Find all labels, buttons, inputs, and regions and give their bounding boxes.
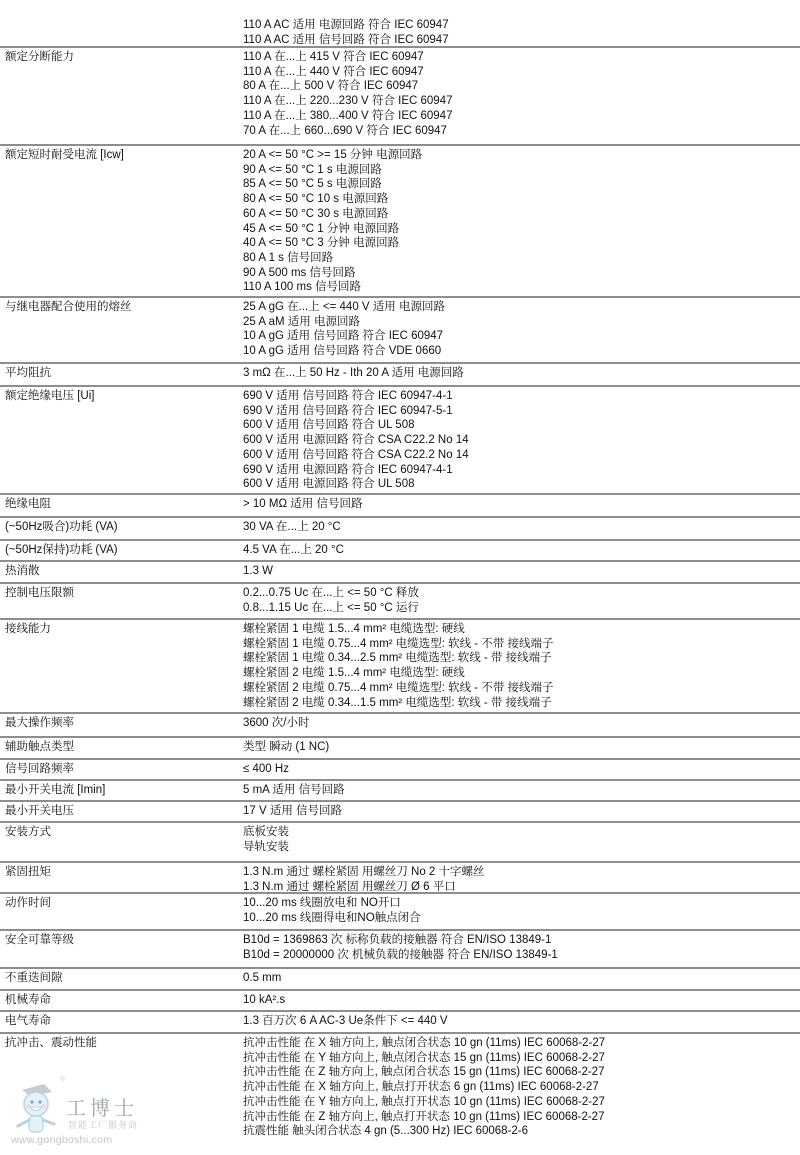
row-divider [0, 144, 800, 146]
spec-values: B10d = 1369863 次 标称负载的接触器 符合 EN/ISO 1384… [243, 933, 558, 962]
spec-value-line: 110 A 100 ms 信号回路 [243, 280, 422, 295]
spec-value-line: 10 kA².s [243, 993, 285, 1008]
spec-label: (~50Hz吸合)功耗 (VA) [5, 520, 118, 535]
spec-values: 10...20 ms 线圈放电和 NO开口10...20 ms 线圈得电和NO触… [243, 896, 421, 925]
watermark-logo: ® 工博士 智能工厂服务商 www.gongboshi.com [8, 1072, 148, 1152]
spec-value-line: 0.5 mm [243, 971, 281, 986]
spec-value-line: 类型 瞬动 (1 NC) [243, 740, 329, 755]
row-divider [0, 385, 800, 387]
spec-value-line: 25 A gG 在...上 <= 440 V 适用 电源回路 [243, 300, 445, 315]
spec-label: 热消散 [5, 564, 40, 579]
spec-label: 最小开关电压 [5, 804, 74, 819]
spec-value-line: 1.3 百万次 6 A AC-3 Ue条件下 <= 440 V [243, 1014, 448, 1029]
spec-label: 最小开关电流 [Imin] [5, 783, 105, 798]
row-divider [0, 821, 800, 823]
spec-value-line: 螺栓紧固 2 电缆 0.75...4 mm² 电缆选型: 软线 - 不带 接线端… [243, 681, 554, 696]
row-divider [0, 539, 800, 541]
spec-value-line: 600 V 适用 电源回路 符合 UL 508 [243, 477, 469, 492]
spec-values: > 10 MΩ 适用 信号回路 [243, 497, 362, 512]
spec-value-line: 1.3 N.m 通过 螺栓紧固 用螺丝刀 No 2 十字螺丝 [243, 865, 485, 880]
row-divider [0, 1032, 800, 1034]
spec-label: 与继电器配合使用的熔丝 [5, 300, 132, 315]
spec-value-line: B10d = 20000000 次 机械负载的接触器 符合 EN/ISO 138… [243, 948, 558, 963]
row-divider [0, 800, 800, 802]
spec-values: 30 VA 在...上 20 °C [243, 520, 341, 535]
row-divider [0, 712, 800, 714]
spec-value-line: 抗冲击性能 在 Y 轴方向上, 触点闭合状态 15 gn (11ms) IEC … [243, 1051, 605, 1066]
spec-value-line: 10 A gG 适用 信号回路 符合 VDE 0660 [243, 344, 445, 359]
spec-values: 4.5 VA 在...上 20 °C [243, 543, 344, 558]
spec-value-line: 80 A 在...上 500 V 符合 IEC 60947 [243, 79, 452, 94]
row-divider [0, 779, 800, 781]
spec-values: 1.3 N.m 通过 螺栓紧固 用螺丝刀 No 2 十字螺丝1.3 N.m 通过… [243, 865, 485, 894]
spec-value-line: 0.8...1.15 Uc 在...上 <= 50 °C 运行 [243, 601, 419, 616]
spec-values: 3 mΩ 在...上 50 Hz - Ith 20 A 适用 电源回路 [243, 366, 464, 381]
row-divider [0, 989, 800, 991]
spec-value-line: 10 A gG 适用 信号回路 符合 IEC 60947 [243, 329, 445, 344]
spec-value-line: 17 V 适用 信号回路 [243, 804, 342, 819]
spec-label: 辅助触点类型 [5, 740, 74, 755]
watermark-brand: 工博士 [66, 1092, 138, 1121]
spec-values: 1.3 百万次 6 A AC-3 Ue条件下 <= 440 V [243, 1014, 448, 1029]
spec-value-line: 600 V 适用 信号回路 符合 UL 508 [243, 418, 469, 433]
spec-label: 最大操作频率 [5, 716, 74, 731]
spec-value-line: 抗震性能 触头闭合状态 4 gn (5...300 Hz) IEC 60068-… [243, 1124, 605, 1139]
spec-values: 螺栓紧固 1 电缆 1.5...4 mm² 电缆选型: 硬线螺栓紧固 1 电缆 … [243, 622, 554, 710]
row-divider [0, 582, 800, 584]
spec-value-line: 85 A <= 50 °C 5 s 电源回路 [243, 177, 422, 192]
spec-label: 紧固扭矩 [5, 865, 51, 880]
spec-value-line: 抗冲击性能 在 X 轴方向上, 触点打开状态 6 gn (11ms) IEC 6… [243, 1080, 605, 1095]
spec-values: 1.3 W [243, 564, 273, 579]
row-divider [0, 362, 800, 364]
spec-value-line: 690 V 适用 信号回路 符合 IEC 60947-4-1 [243, 389, 469, 404]
spec-label: 抗冲击、震动性能 [5, 1036, 97, 1051]
spec-values: 0.2...0.75 Uc 在...上 <= 50 °C 释放0.8...1.1… [243, 586, 419, 615]
row-divider [0, 1010, 800, 1012]
spec-value-line: 导轨安装 [243, 840, 289, 855]
spec-label: 平均阻抗 [5, 366, 51, 381]
row-divider [0, 516, 800, 518]
row-divider [0, 967, 800, 969]
spec-value-line: > 10 MΩ 适用 信号回路 [243, 497, 362, 512]
spec-label: 额定短时耐受电流 [Icw] [5, 148, 124, 163]
spec-label: 绝缘电阻 [5, 497, 51, 512]
spec-values: 5 mA 适用 信号回路 [243, 783, 345, 798]
row-divider [0, 493, 800, 495]
row-divider [0, 296, 800, 298]
row-divider [0, 618, 800, 620]
spec-value-line: 1.3 W [243, 564, 273, 579]
spec-label: 信号回路频率 [5, 762, 74, 777]
spec-values: 类型 瞬动 (1 NC) [243, 740, 329, 755]
spec-values: 抗冲击性能 在 X 轴方向上, 触点闭合状态 10 gn (11ms) IEC … [243, 1036, 605, 1139]
spec-value-line: 110 A 在...上 415 V 符合 IEC 60947 [243, 50, 452, 65]
spec-values: 20 A <= 50 °C >= 15 分钟 电源回路90 A <= 50 °C… [243, 148, 422, 295]
spec-value-line: 45 A <= 50 °C 1 分钟 电源回路 [243, 222, 422, 237]
spec-value-line: 70 A 在...上 660...690 V 符合 IEC 60947 [243, 124, 452, 139]
row-divider [0, 892, 800, 894]
spec-value-line: ≤ 400 Hz [243, 762, 289, 777]
spec-value-line: 110 A 在...上 380...400 V 符合 IEC 60947 [243, 109, 452, 124]
spec-value-line: 螺栓紧固 2 电缆 1.5...4 mm² 电缆选型: 硬线 [243, 666, 554, 681]
spec-label: 安装方式 [5, 825, 51, 840]
watermark-subtitle: 智能工厂服务商 [68, 1118, 138, 1131]
row-divider [0, 46, 800, 48]
spec-value-line: 600 V 适用 信号回路 符合 CSA C22.2 No 14 [243, 448, 469, 463]
spec-value-line: 螺栓紧固 1 电缆 1.5...4 mm² 电缆选型: 硬线 [243, 622, 554, 637]
row-divider [0, 758, 800, 760]
spec-values: 110 A 在...上 415 V 符合 IEC 60947110 A 在...… [243, 50, 452, 138]
spec-value-line: 600 V 适用 电源回路 符合 CSA C22.2 No 14 [243, 433, 469, 448]
spec-value-line: 3600 次/小时 [243, 716, 309, 731]
row-divider [0, 929, 800, 931]
row-divider [0, 861, 800, 863]
spec-value-line: 80 A <= 50 °C 10 s 电源回路 [243, 192, 422, 207]
spec-value-line: 抗冲击性能 在 Z 轴方向上, 触点打开状态 10 gn (11ms) IEC … [243, 1110, 605, 1125]
spec-values: 3600 次/小时 [243, 716, 309, 731]
spec-values: 17 V 适用 信号回路 [243, 804, 342, 819]
spec-value-line: 20 A <= 50 °C >= 15 分钟 电源回路 [243, 148, 422, 163]
spec-values: 0.5 mm [243, 971, 281, 986]
spec-label: 安全可靠等级 [5, 933, 74, 948]
spec-value-line: 抗冲击性能 在 Z 轴方向上, 触点闭合状态 15 gn (11ms) IEC … [243, 1065, 605, 1080]
spec-value-line: 0.2...0.75 Uc 在...上 <= 50 °C 释放 [243, 586, 419, 601]
spec-value-line: 5 mA 适用 信号回路 [243, 783, 345, 798]
spec-value-line: 80 A 1 s 信号回路 [243, 251, 422, 266]
spec-label: 控制电压限额 [5, 586, 74, 601]
spec-label: 接线能力 [5, 622, 51, 637]
watermark-url: www.gongboshi.com [11, 1134, 112, 1146]
spec-value-line: 690 V 适用 信号回路 符合 IEC 60947-5-1 [243, 404, 469, 419]
spec-label: 机械寿命 [5, 993, 51, 1008]
spec-value-line: 40 A <= 50 °C 3 分钟 电源回路 [243, 236, 422, 251]
spec-label: 额定分断能力 [5, 50, 74, 65]
spec-value-line: 10...20 ms 线圈得电和NO触点闭合 [243, 911, 421, 926]
spec-value-line: 30 VA 在...上 20 °C [243, 520, 341, 535]
spec-value-line: 25 A aM 适用 电源回路 [243, 315, 445, 330]
spec-value-line: 60 A <= 50 °C 30 s 电源回路 [243, 207, 422, 222]
spec-label: 电气寿命 [5, 1014, 51, 1029]
row-divider [0, 560, 800, 562]
spec-value-line: 110 A 在...上 440 V 符合 IEC 60947 [243, 65, 452, 80]
spec-values: 110 A AC 适用 电源回路 符合 IEC 60947110 A AC 适用… [243, 18, 449, 47]
spec-value-line: 螺栓紧固 1 电缆 0.34...2.5 mm² 电缆选型: 软线 - 带 接线… [243, 651, 554, 666]
spec-value-line: 3 mΩ 在...上 50 Hz - Ith 20 A 适用 电源回路 [243, 366, 464, 381]
spec-value-line: 螺栓紧固 2 电缆 0.34...1.5 mm² 电缆选型: 软线 - 带 接线… [243, 696, 554, 711]
spec-value-line: 螺栓紧固 1 电缆 0.75...4 mm² 电缆选型: 软线 - 不带 接线端… [243, 637, 554, 652]
spec-values: 底板安装导轨安装 [243, 825, 289, 854]
spec-value-line: 90 A 500 ms 信号回路 [243, 266, 422, 281]
spec-values: ≤ 400 Hz [243, 762, 289, 777]
spec-value-line: 抗冲击性能 在 X 轴方向上, 触点闭合状态 10 gn (11ms) IEC … [243, 1036, 605, 1051]
row-divider [0, 736, 800, 738]
spec-value-line: 抗冲击性能 在 Y 轴方向上, 触点打开状态 10 gn (11ms) IEC … [243, 1095, 605, 1110]
spec-table: 110 A AC 适用 电源回路 符合 IEC 60947110 A AC 适用… [0, 0, 800, 1155]
spec-value-line: 底板安装 [243, 825, 289, 840]
spec-values: 10 kA².s [243, 993, 285, 1008]
spec-values: 690 V 适用 信号回路 符合 IEC 60947-4-1690 V 适用 信… [243, 389, 469, 492]
spec-label: 动作时间 [5, 896, 51, 911]
spec-values: 25 A gG 在...上 <= 440 V 适用 电源回路25 A aM 适用… [243, 300, 445, 359]
spec-label: 额定绝缘电压 [Ui] [5, 389, 94, 404]
registered-mark: ® [60, 1076, 65, 1083]
spec-value-line: 690 V 适用 电源回路 符合 IEC 60947-4-1 [243, 463, 469, 478]
spec-value-line: 10...20 ms 线圈放电和 NO开口 [243, 896, 421, 911]
spec-value-line: 90 A <= 50 °C 1 s 电源回路 [243, 163, 422, 178]
spec-label: 不重迭间隙 [5, 971, 63, 986]
spec-value-line: 4.5 VA 在...上 20 °C [243, 543, 344, 558]
mascot-icon [14, 1080, 58, 1138]
spec-value-line: 110 A AC 适用 电源回路 符合 IEC 60947 [243, 18, 449, 33]
spec-value-line: 110 A 在...上 220...230 V 符合 IEC 60947 [243, 94, 452, 109]
spec-label: (~50Hz保持)功耗 (VA) [5, 543, 118, 558]
spec-value-line: B10d = 1369863 次 标称负载的接触器 符合 EN/ISO 1384… [243, 933, 558, 948]
